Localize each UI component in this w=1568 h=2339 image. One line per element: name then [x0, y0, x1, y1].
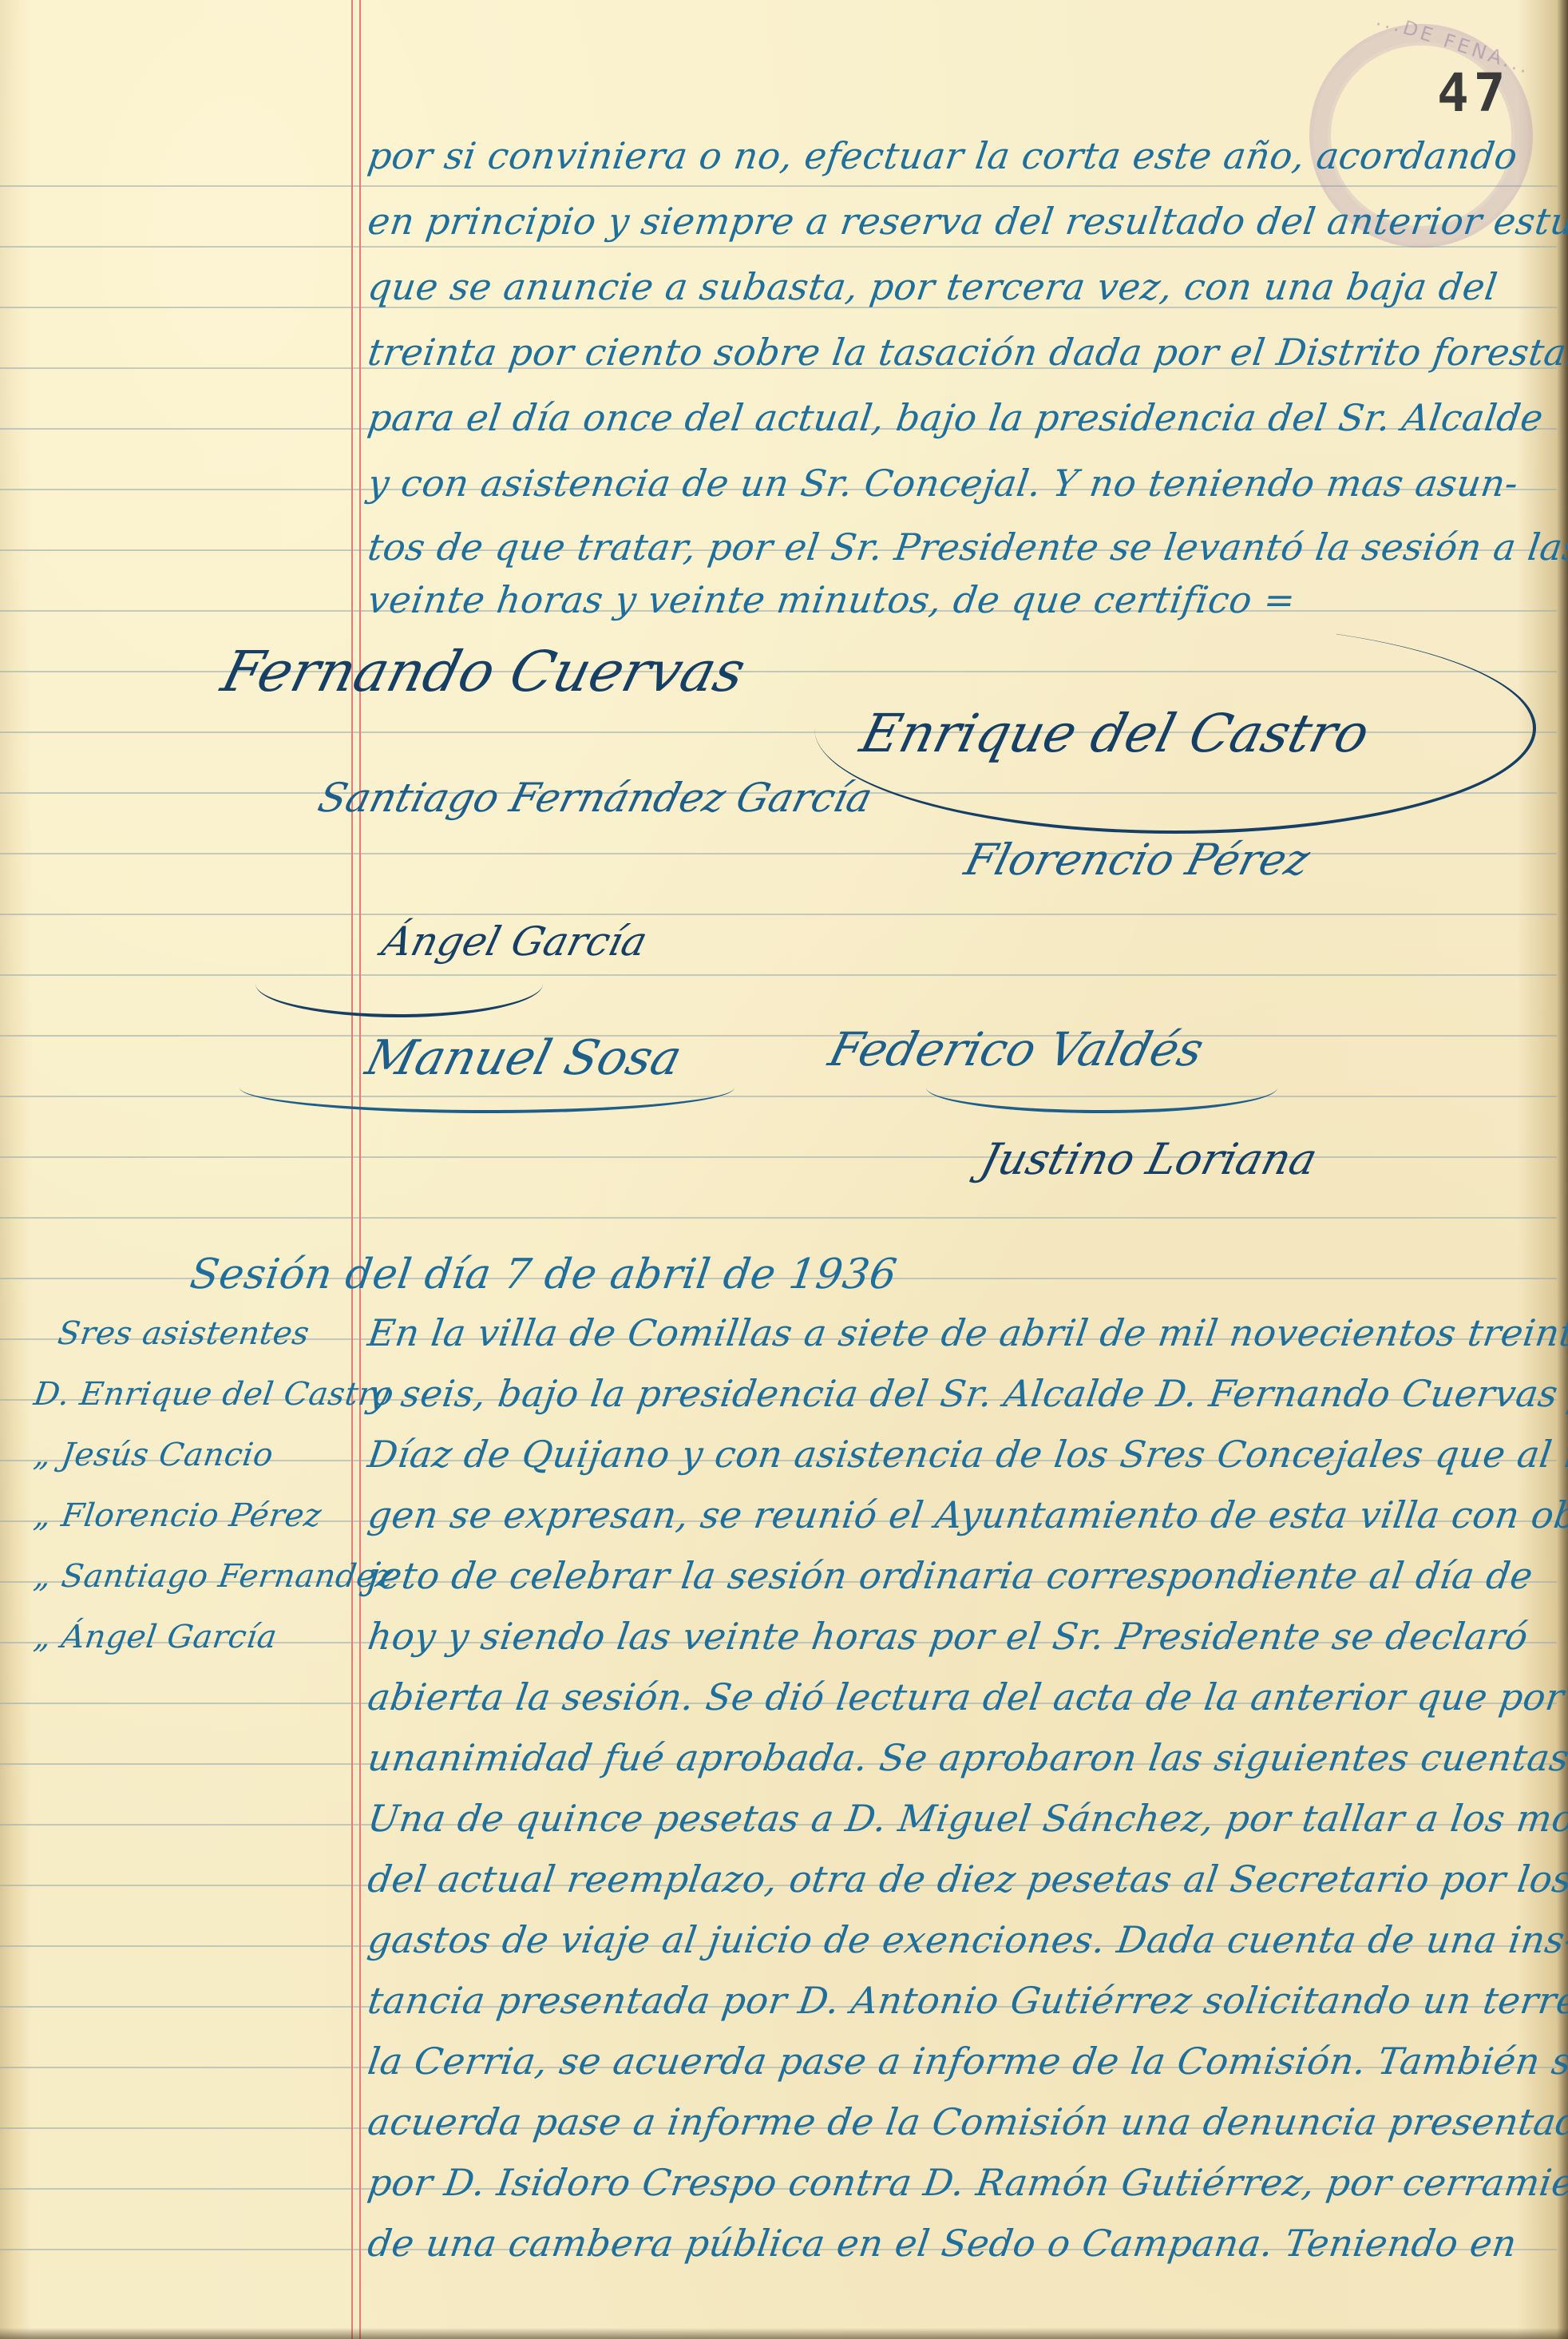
text-line: la Cerria, se acuerda pase a informe de … — [366, 2043, 1544, 2079]
signature-flourish — [814, 623, 1536, 834]
text-line: por si conviniera o no, efectuar la cort… — [366, 137, 1544, 174]
attendee-name: „ Florencio Pérez — [32, 1500, 323, 1532]
text-line: veinte horas y veinte minutos, de que ce… — [366, 581, 1544, 618]
text-line: gen se expresan, se reunió el Ayuntamien… — [366, 1497, 1544, 1533]
signature-fernando-cuervas: Fernando Cuervas — [216, 639, 752, 704]
signature-flourish — [255, 950, 543, 1017]
signature-flourish — [926, 1062, 1277, 1113]
text-line: que se anuncie a subasta, por tercera ve… — [366, 268, 1544, 305]
attendee-name: „ Ángel García — [32, 1621, 279, 1653]
page-number: 47 — [1437, 62, 1510, 124]
text-line: Una de quince pesetas a D. Miguel Sánche… — [366, 1800, 1544, 1837]
text-line: tancia presentada por D. Antonio Gutiérr… — [366, 1982, 1544, 2019]
session-heading: Sesión del día 7 de abril de 1936 — [188, 1254, 900, 1295]
attendees-label: Sres asistentes — [56, 1318, 311, 1350]
attendee-name: D. Enrique del Castro — [32, 1378, 396, 1410]
attendee-name: „ Jesús Cancio — [32, 1439, 275, 1471]
text-line: en principio y siempre a reserva del res… — [366, 203, 1544, 240]
signature-justino-loriana: Justino Loriana — [976, 1134, 1322, 1184]
text-line: y seis, bajo la presidencia del Sr. Alca… — [366, 1375, 1544, 1412]
signature-santiago-fernandez: Santiago Fernández García — [314, 775, 877, 821]
text-line: para el día once del actual, bajo la pre… — [366, 399, 1544, 436]
margin-line-right — [359, 0, 361, 2339]
text-line: unanimidad fué aprobada. Se aprobaron la… — [366, 1739, 1544, 1776]
attendee-name: „ Santiago Fernandez — [32, 1560, 395, 1592]
text-line: Díaz de Quijano y con asistencia de los … — [366, 1436, 1544, 1473]
signature-flourish — [240, 1062, 735, 1113]
text-line: por D. Isidoro Crespo contra D. Ramón Gu… — [366, 2164, 1544, 2201]
text-line: abierta la sesión. Se dió lectura del ac… — [366, 1679, 1544, 1715]
text-line: del actual reemplazo, otra de diez peset… — [366, 1861, 1544, 1897]
text-line: tos de que tratar, por el Sr. Presidente… — [366, 529, 1544, 565]
text-line: jeto de celebrar la sesión ordinaria cor… — [366, 1557, 1544, 1594]
text-line: y con asistencia de un Sr. Concejal. Y n… — [366, 465, 1544, 501]
text-line: En la villa de Comillas a siete de abril… — [366, 1314, 1544, 1351]
signature-florencio-perez: Florencio Pérez — [960, 835, 1315, 885]
text-line: de una cambera pública en el Sedo o Camp… — [366, 2225, 1544, 2262]
text-line: gastos de viaje al juicio de exenciones.… — [366, 1921, 1544, 1958]
text-line: treinta por ciento sobre la tasación dad… — [366, 334, 1544, 371]
margin-line-left — [351, 0, 353, 2339]
text-line: acuerda pase a informe de la Comisión un… — [366, 2103, 1544, 2140]
text-line: hoy y siendo las veinte horas por el Sr.… — [366, 1618, 1544, 1655]
page-bottom-edge — [0, 2328, 1568, 2339]
